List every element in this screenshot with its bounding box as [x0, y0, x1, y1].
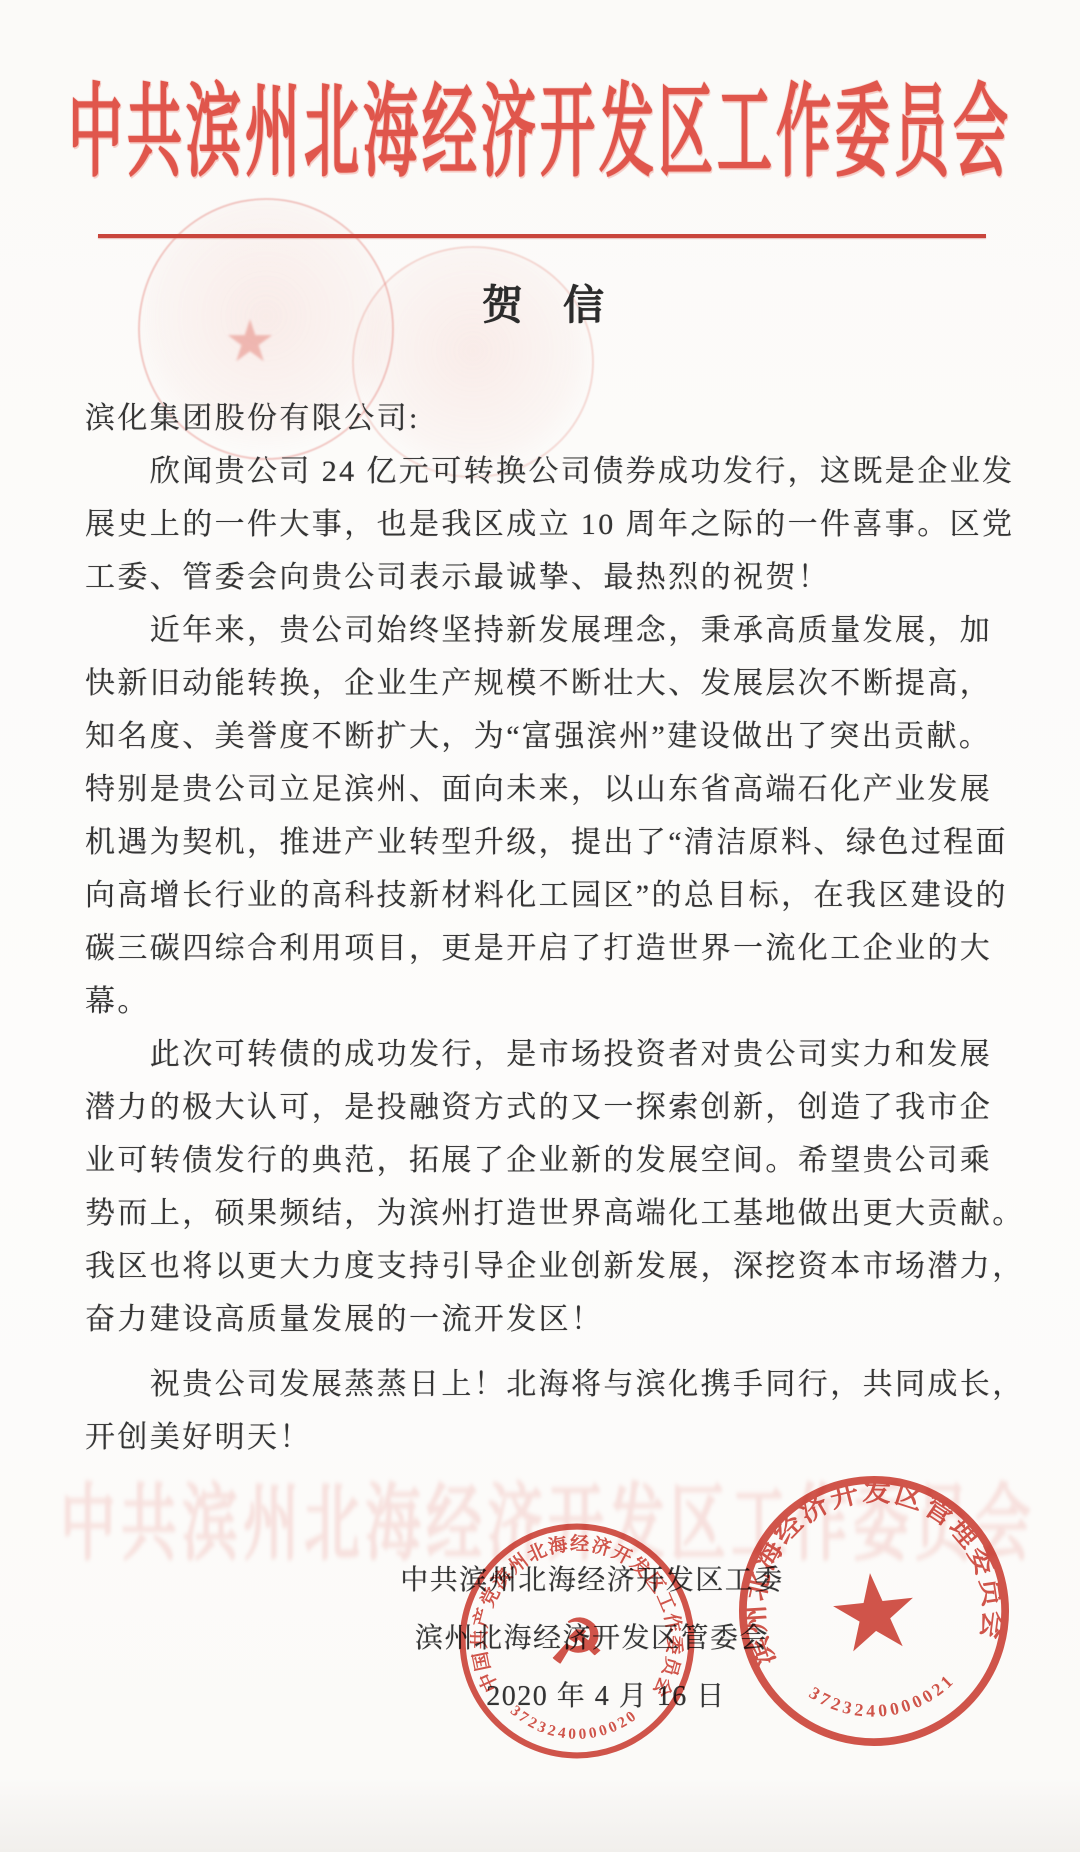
body-line: 我区也将以更大力度支持引导企业创新发展，深挖资本市场潜力，: [85, 1240, 1050, 1293]
official-seal-party-committee: 中国共产党滨州北海经济开发区工作委员会 ☭ 3723240000020: [450, 1514, 704, 1768]
salutation: 滨化集团股份有限公司:: [85, 392, 1050, 445]
hammer-sickle-icon: ☭: [548, 1608, 605, 1678]
letter-body-lines: 欣闻贵公司 24 亿元可转换公司债券成功发行，这既是企业发展史上的一件大事，也是…: [85, 445, 1050, 1346]
body-line: 此次可转债的成功发行，是市场投资者对贵公司实力和发展: [85, 1028, 1050, 1081]
body-line: 特别是贵公司立足滨州、面向未来，以山东省高端石化产业发展: [85, 763, 1050, 816]
letter-page: 中共滨州北海经济开发区工作委员会 ★ 贺信 滨化集团股份有限公司: 欣闻贵公司 …: [0, 0, 1080, 1852]
body-line: 潜力的极大认可，是投融资方式的又一探索创新，创造了我市企: [85, 1081, 1050, 1134]
body-line: 幕。: [85, 975, 1050, 1028]
letterhead-rule: [98, 234, 986, 238]
body-line: 工委、管委会向贵公司表示最诚挚、最热烈的祝贺！: [85, 551, 1050, 604]
body-line: 机遇为契机，推进产业转型升级，提出了“清洁原料、绿色过程面: [85, 816, 1050, 869]
letter-closing-lines: 祝贵公司发展蒸蒸日上！北海将与滨化携手同行，共同成长，开创美好明天！: [85, 1358, 1050, 1464]
body-line: 知名度、美誉度不断扩大，为“富强滨州”建设做出了突出贡献。: [85, 710, 1050, 763]
body-line: 展史上的一件大事，也是我区成立 10 周年之际的一件喜事。区党: [85, 498, 1050, 551]
body-line: 业可转债发行的典范，拓展了企业新的发展空间。希望贵公司乘: [85, 1134, 1050, 1187]
body-line: 碳三碳四综合利用项目，更是开启了打造世界一流化工企业的大: [85, 922, 1050, 975]
body-line: 奋力建设高质量发展的一流开发区！: [85, 1293, 1050, 1346]
star-icon: ★: [827, 1559, 921, 1670]
body-line: 祝贵公司发展蒸蒸日上！北海将与滨化携手同行，共同成长，: [85, 1358, 1050, 1411]
letter-title: 贺信: [0, 272, 1080, 331]
body-line: 快新旧动能转换，企业生产规模不断壮大、发展层次不断提高，: [85, 657, 1050, 710]
letterhead-org: 中共滨州北海经济开发区工作委员会: [0, 51, 1080, 197]
official-seal-management-committee: 滨州北海经济开发区管理委员会 ★ 3723240000021: [719, 1456, 1029, 1766]
body-line: 欣闻贵公司 24 亿元可转换公司债券成功发行，这既是企业发: [85, 445, 1050, 498]
body-line: 向高增长行业的高科技新材料化工园区”的总目标，在我区建设的: [85, 869, 1050, 922]
svg-text:3723240000020: 3723240000020: [506, 1702, 642, 1745]
letter-body: 滨化集团股份有限公司: 欣闻贵公司 24 亿元可转换公司债券成功发行，这既是企业…: [85, 392, 1050, 1346]
body-line: 开创美好明天！: [85, 1411, 1050, 1464]
svg-text:3723240000021: 3723240000021: [804, 1668, 962, 1728]
body-line: 势而上，硕果频结，为滨州打造世界高端化工基地做出更大贡献。: [85, 1187, 1050, 1240]
seal-code: 3723240000021: [804, 1668, 962, 1728]
body-line: 近年来，贵公司始终坚持新发展理念，秉承高质量发展，加: [85, 604, 1050, 657]
seal-code: 3723240000020: [506, 1702, 642, 1745]
